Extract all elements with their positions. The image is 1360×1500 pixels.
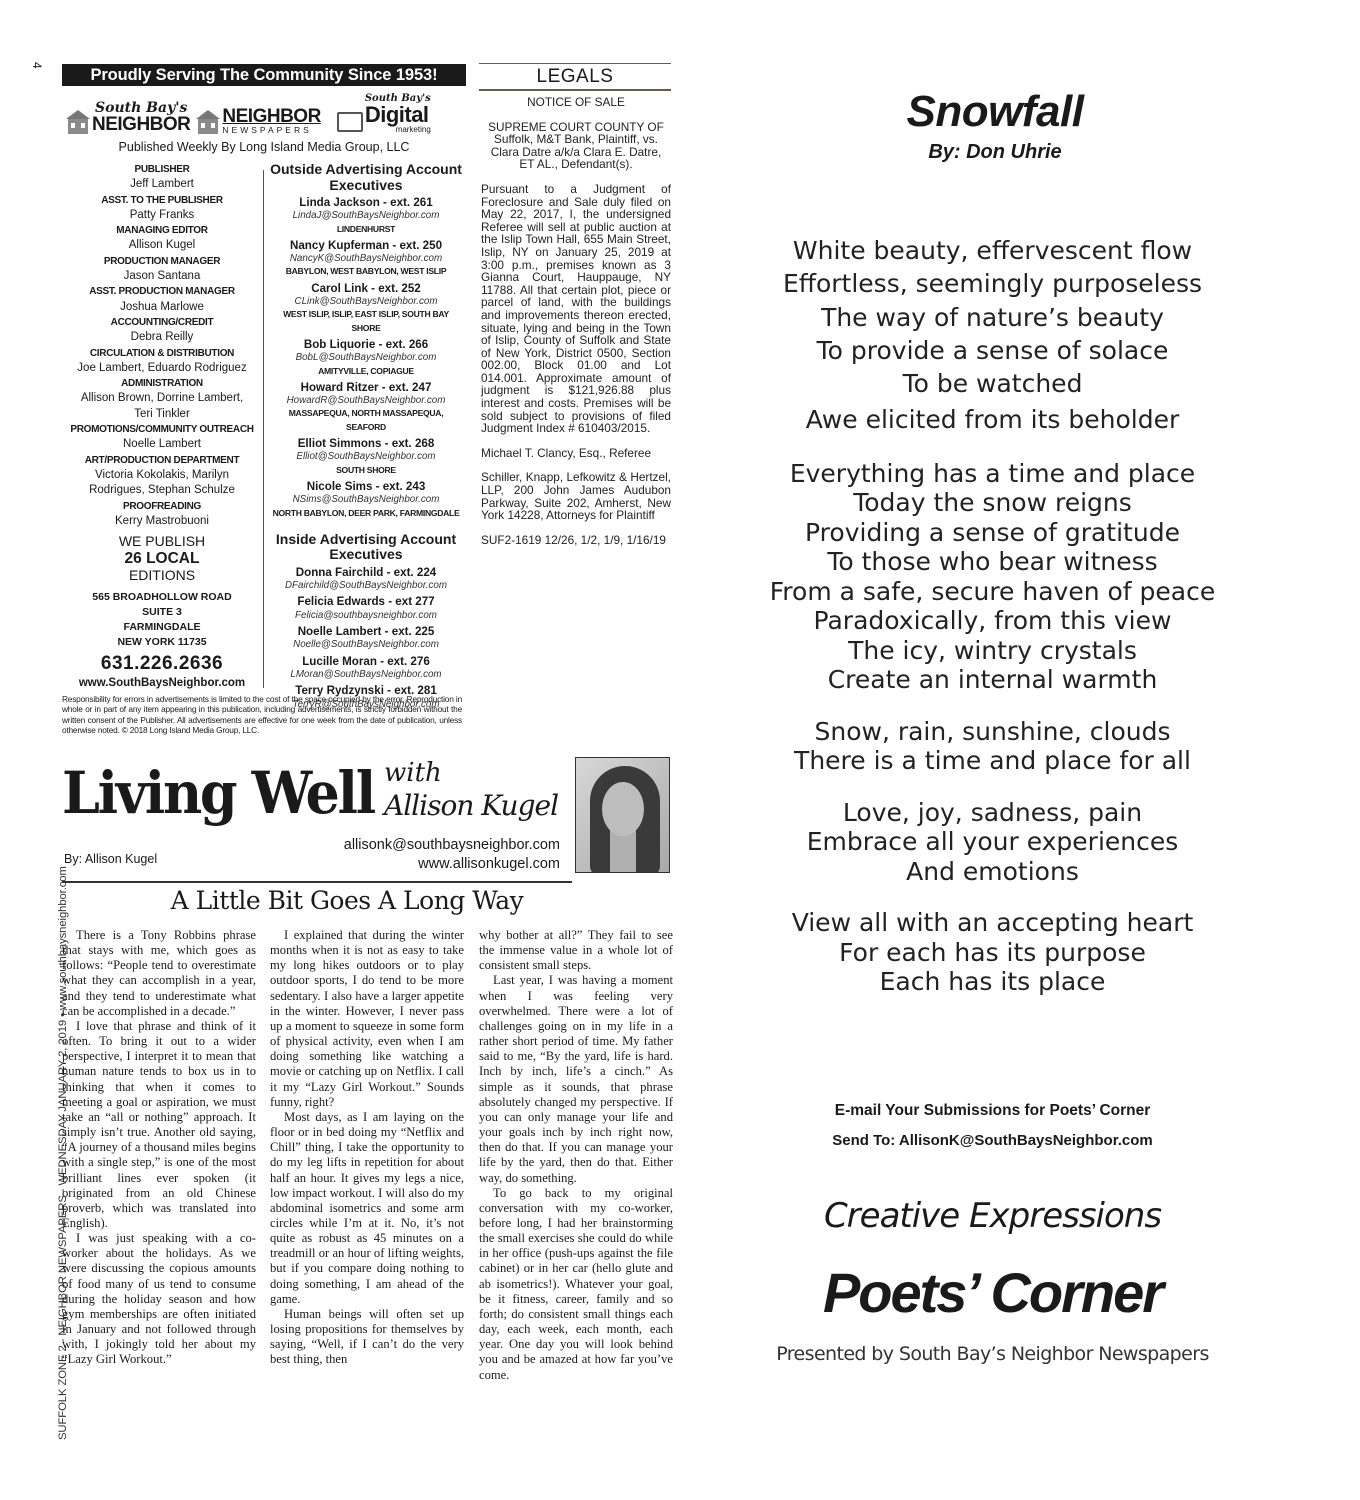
notice-referee: Michael T. Clancy, Esq., Referee xyxy=(481,447,671,460)
column-divider xyxy=(263,170,264,688)
staff-role: ADMINISTRATION xyxy=(62,376,262,391)
address-line: FARMINGDALE xyxy=(62,620,262,635)
logo-wordmark: NEIGHBOR xyxy=(222,107,320,126)
article-paragraph: Human beings will often set up losing pr… xyxy=(270,1307,464,1368)
staff-role: ACCOUNTING/CREDIT xyxy=(62,315,262,330)
executive-email[interactable]: Noelle@SouthBaysNeighbor.com xyxy=(268,638,464,651)
executive-email[interactable]: Felicia@southbaysneighbor.com xyxy=(268,609,464,622)
executive-name: Howard Ritzer - ext. 247 xyxy=(268,381,464,394)
notice-heading: NOTICE OF SALE xyxy=(481,96,671,109)
inside-ads-heading: Inside Advertising Account Executives xyxy=(268,532,464,563)
neighbor-newspapers-logo: NEIGHBOR NEWSPAPERS xyxy=(196,107,320,135)
executive-email[interactable]: HowardR@SouthBaysNeighbor.com xyxy=(268,394,464,407)
poem-line: And emotions xyxy=(740,857,1245,887)
poem-title: Snowfall xyxy=(740,88,1250,136)
executive-entry: Nancy Kupferman - ext. 250 NancyK@SouthB… xyxy=(268,239,464,279)
logo-script: South Bay's xyxy=(92,101,190,115)
section-subtitle: Creative Expressions xyxy=(740,1194,1245,1238)
masthead-banner: Proudly Serving The Community Since 1953… xyxy=(62,64,466,86)
website-link[interactable]: www.SouthBaysNeighbor.com xyxy=(62,676,262,691)
staff-role: ART/PRODUCTION DEPARTMENT xyxy=(62,453,262,468)
author-website[interactable]: www.allisonkugel.com xyxy=(300,855,560,874)
column-title-with: with xyxy=(384,758,442,788)
article-paragraph: To go back to my original conversation w… xyxy=(479,1186,673,1383)
staff-name: Joe Lambert, Eduardo Rodriguez xyxy=(62,361,262,376)
executive-name: Linda Jackson - ext. 261 xyxy=(268,196,464,209)
staff-name: Patty Franks xyxy=(62,208,262,223)
poem-line: Providing a sense of gratitude xyxy=(740,518,1245,548)
poem-stanza: View all with an accepting heart For eac… xyxy=(740,908,1245,997)
south-bays-neighbor-logo: South Bay's NEIGHBOR xyxy=(66,101,190,134)
devices-icon xyxy=(337,112,363,132)
legals-heading: LEGALS xyxy=(479,66,671,87)
executive-name: Nancy Kupferman - ext. 250 xyxy=(268,239,464,252)
poem-line: Effortless, seemingly purposeless xyxy=(740,267,1245,300)
poem-byline: By: Don Uhrie xyxy=(740,140,1250,164)
staff-role: PROOFREADING xyxy=(62,499,262,514)
poem-line: To be watched xyxy=(740,367,1245,400)
poem-line: Awe elicited from its beholder xyxy=(740,403,1245,436)
publication-logos: South Bay's NEIGHBOR NEIGHBOR NEWSPAPERS… xyxy=(66,96,466,134)
author-photo xyxy=(575,757,670,873)
logo-wordmark: NEIGHBOR xyxy=(92,115,190,134)
logo-subtext: marketing xyxy=(365,126,431,134)
article-paragraph: I explained that during the winter month… xyxy=(270,928,464,1110)
staff-role: PRODUCTION MANAGER xyxy=(62,254,262,269)
section-title: Poets’ Corner xyxy=(740,1258,1245,1328)
notice-caption: SUPREME COURT COUNTY OF Suffolk, M&T Ban… xyxy=(481,121,671,171)
editions-notice: WE PUBLISH 26 LOCAL EDITIONS xyxy=(62,533,262,584)
house-icon xyxy=(66,110,90,134)
executive-email[interactable]: DFairchild@SouthBaysNeighbor.com xyxy=(268,579,464,592)
executive-area: AMITYVILLE, COPIAGUE xyxy=(268,365,464,378)
column-author: Allison Kugel xyxy=(384,790,558,822)
column-title: Living Well xyxy=(62,760,374,826)
staff-role: MANAGING EDITOR xyxy=(62,223,262,238)
poem-line: Today the snow reigns xyxy=(740,488,1245,518)
article-paragraph: Last year, I was having a moment when I … xyxy=(479,973,673,1185)
legals-rule xyxy=(479,89,671,91)
article-column-3: why bother at all?” They fail to see the… xyxy=(479,928,673,1383)
executive-email[interactable]: NSims@SouthBaysNeighbor.com xyxy=(268,493,464,506)
disclaimer-text: Responsibility for errors in advertiseme… xyxy=(62,694,462,736)
staff-name: Noelle Lambert xyxy=(62,437,262,452)
poem-stanza: Snow, rain, sunshine, clouds There is a … xyxy=(740,717,1245,776)
executive-area: MASSAPEQUA, NORTH MASSAPEQUA, SEAFORD xyxy=(268,407,464,434)
poem-line: There is a time and place for all xyxy=(740,746,1245,776)
executive-email[interactable]: CLink@SouthBaysNeighbor.com xyxy=(268,295,464,308)
executive-email[interactable]: BobL@SouthBaysNeighbor.com xyxy=(268,351,464,364)
executive-name: Felicia Edwards - ext 277 xyxy=(268,595,464,608)
article-column-2: I explained that during the winter month… xyxy=(270,928,464,1368)
poem-line: From a safe, secure haven of peace xyxy=(740,577,1245,607)
staff-role: CIRCULATION & DISTRIBUTION xyxy=(62,346,262,361)
article-column-1: There is a Tony Robbins phrase that stay… xyxy=(62,928,256,1368)
published-by-line: Published Weekly By Long Island Media Gr… xyxy=(62,140,466,154)
advertising-executives: Outside Advertising Account Executives L… xyxy=(268,162,464,711)
executive-area: LINDENHURST xyxy=(268,223,464,236)
executive-email[interactable]: LindaJ@SouthBaysNeighbor.com xyxy=(268,209,464,222)
poem-line: For each has its purpose xyxy=(740,938,1245,968)
staff-name: Jason Santana xyxy=(62,269,262,284)
house-icon xyxy=(196,110,220,134)
poem-body: White beauty, effervescent flow Effortle… xyxy=(740,234,1245,1019)
submissions-email[interactable]: Send To: AllisonK@SouthBaysNeighbor.com xyxy=(740,1132,1245,1149)
executive-entry: Nicole Sims - ext. 243 NSims@SouthBaysNe… xyxy=(268,480,464,520)
executive-area: SOUTH SHORE xyxy=(268,464,464,477)
staff-name: Kerry Mastrobuoni xyxy=(62,514,262,529)
author-email[interactable]: allisonk@southbaysneighbor.com xyxy=(300,836,560,855)
notice-reference-code: SUF2-1619 12/26, 1/2, 1/9, 1/16/19 xyxy=(481,534,671,547)
poem-line: View all with an accepting heart xyxy=(740,908,1245,938)
executive-entry: Felicia Edwards - ext 277 Felicia@southb… xyxy=(268,595,464,622)
executive-entry: Lucille Moran - ext. 276 LMoran@SouthBay… xyxy=(268,655,464,682)
poem-stanza: Everything has a time and place Today th… xyxy=(740,459,1245,695)
header-rule xyxy=(62,881,572,883)
legal-notice: NOTICE OF SALE SUPREME COURT COUNTY OF S… xyxy=(481,96,671,558)
staff-role: ASST. TO THE PUBLISHER xyxy=(62,193,262,208)
executive-entry: Elliot Simmons - ext. 268 Elliot@SouthBa… xyxy=(268,437,464,477)
executive-entry: Carol Link - ext. 252 CLink@SouthBaysNei… xyxy=(268,282,464,335)
executive-name: Bob Liquorie - ext. 266 xyxy=(268,338,464,351)
article-headline: A Little Bit Goes A Long Way xyxy=(62,884,632,918)
legals-rule xyxy=(479,63,671,64)
poem-line: To provide a sense of solace xyxy=(740,334,1245,367)
executive-name: Donna Fairchild - ext. 224 xyxy=(268,566,464,579)
submissions-heading: E-mail Your Submissions for Poets’ Corne… xyxy=(740,1101,1245,1121)
editions-line: EDITIONS xyxy=(62,567,262,584)
staff-name: Allison Brown, Dorrine Lambert, Teri Tin… xyxy=(62,391,262,422)
poem-line: Each has its place xyxy=(740,967,1245,997)
executive-name: Lucille Moran - ext. 276 xyxy=(268,655,464,668)
executive-name: Nicole Sims - ext. 243 xyxy=(268,480,464,493)
outside-ads-heading: Outside Advertising Account Executives xyxy=(268,162,464,193)
staff-name: Joshua Marlowe xyxy=(62,300,262,315)
article-paragraph: I love that phrase and think of it often… xyxy=(62,1019,256,1231)
notice-body: Pursuant to a Judgment of Foreclosure an… xyxy=(481,183,671,435)
executive-entry: Bob Liquorie - ext. 266 BobL@SouthBaysNe… xyxy=(268,338,464,378)
staff-role: PROMOTIONS/COMMUNITY OUTREACH xyxy=(62,422,262,437)
poem-line: Create an internal warmth xyxy=(740,665,1245,695)
staff-name: Jeff Lambert xyxy=(62,177,262,192)
notice-attorneys: Schiller, Knapp, Lefkowitz & Hertzel, LL… xyxy=(481,471,671,521)
presented-by: Presented by South Bay’s Neighbor Newspa… xyxy=(740,1343,1245,1365)
executive-name: Carol Link - ext. 252 xyxy=(268,282,464,295)
poem-line: Embrace all your experiences xyxy=(740,827,1245,857)
executive-area: BABYLON, WEST BABYLON, WEST ISLIP xyxy=(268,265,464,278)
address-line: 565 BROADHOLLOW ROAD xyxy=(62,590,262,605)
office-address: 565 BROADHOLLOW ROAD SUITE 3 FARMINGDALE… xyxy=(62,590,262,650)
poem-stanza: White beauty, effervescent flow Effortle… xyxy=(740,234,1245,437)
article-paragraph: I was just speaking with a co-worker abo… xyxy=(62,1231,256,1367)
article-paragraph: why bother at all?” They fail to see the… xyxy=(479,928,673,973)
executive-area: WEST ISLIP, ISLIP, EAST ISLIP, SOUTH BAY… xyxy=(268,308,464,335)
staff-role: ASST. PRODUCTION MANAGER xyxy=(62,284,262,299)
executive-area: NORTH BABYLON, DEER PARK, FARMINGDALE xyxy=(268,507,464,520)
byline: By: Allison Kugel xyxy=(64,852,157,866)
executive-entry: Noelle Lambert - ext. 225 Noelle@SouthBa… xyxy=(268,625,464,652)
executive-entry: Donna Fairchild - ext. 224 DFairchild@So… xyxy=(268,566,464,593)
executive-name: Noelle Lambert - ext. 225 xyxy=(268,625,464,638)
poem-line: To those who bear witness xyxy=(740,547,1245,577)
article-paragraph: Most days, as I am laying on the floor o… xyxy=(270,1110,464,1307)
poem-line: Snow, rain, sunshine, clouds xyxy=(740,717,1245,747)
poem-stanza: Love, joy, sadness, pain Embrace all you… xyxy=(740,798,1245,887)
logo-subtext: NEWSPAPERS xyxy=(222,126,320,135)
phone-number: 631.226.2636 xyxy=(62,652,262,676)
poem-line: The icy, wintry crystals xyxy=(740,636,1245,666)
article-paragraph: There is a Tony Robbins phrase that stay… xyxy=(62,928,256,1019)
poem-line: Paradoxically, from this view xyxy=(740,606,1245,636)
page-number: 4 xyxy=(30,62,44,69)
logo-wordmark: Digital xyxy=(365,104,431,126)
staff-role: PUBLISHER xyxy=(62,162,262,177)
executive-entry: Howard Ritzer - ext. 247 HowardR@SouthBa… xyxy=(268,381,464,434)
poem-line: White beauty, effervescent flow xyxy=(740,234,1245,267)
poem-line: Love, joy, sadness, pain xyxy=(740,798,1245,828)
executive-email[interactable]: LMoran@SouthBaysNeighbor.com xyxy=(268,668,464,681)
staff-name: Victoria Kokolakis, Marilyn Rodrigues, S… xyxy=(62,468,262,499)
address-line: SUITE 3 xyxy=(62,605,262,620)
author-contact: allisonk@southbaysneighbor.com www.allis… xyxy=(300,836,560,874)
executive-name: Elliot Simmons - ext. 268 xyxy=(268,437,464,450)
executive-email[interactable]: NancyK@SouthBaysNeighbor.com xyxy=(268,252,464,265)
editions-count: 26 LOCAL xyxy=(62,550,262,567)
staff-directory: PUBLISHER Jeff Lambert ASST. TO THE PUBL… xyxy=(62,162,262,691)
executive-email[interactable]: Elliot@SouthBaysNeighbor.com xyxy=(268,450,464,463)
staff-name: Debra Reilly xyxy=(62,330,262,345)
executive-entry: Linda Jackson - ext. 261 LindaJ@SouthBay… xyxy=(268,196,464,236)
staff-name: Allison Kugel xyxy=(62,238,262,253)
editions-line: WE PUBLISH xyxy=(62,533,262,550)
south-bays-digital-logo: South Bay's Digital marketing xyxy=(337,94,431,134)
poem-line: Everything has a time and place xyxy=(740,459,1245,489)
poem-line: The way of nature’s beauty xyxy=(740,301,1245,334)
address-line: NEW YORK 11735 xyxy=(62,635,262,650)
